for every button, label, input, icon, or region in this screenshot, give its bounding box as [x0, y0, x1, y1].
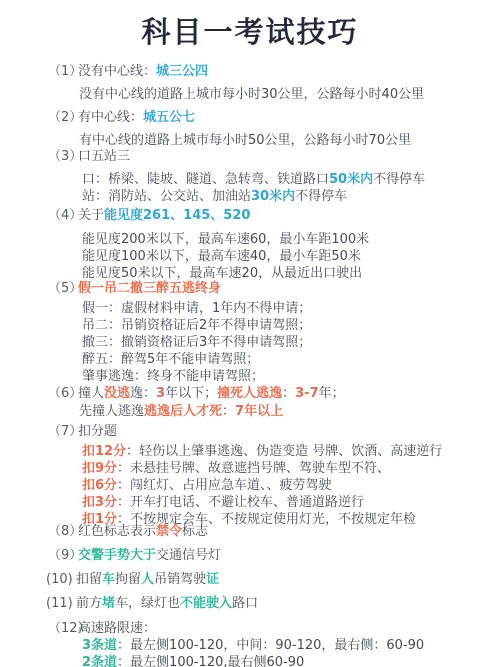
text-segment: 吊销驾驶	[154, 572, 206, 587]
highlight-text: 3-7	[295, 386, 319, 401]
text-segment: 站：消防站、公交站、加油站	[82, 189, 251, 204]
text-segment: 醉五：醉驾5年不能申请驾照；	[82, 352, 259, 367]
tip-detail-line: 2条道：最左侧100-120,最右侧60-90	[82, 655, 304, 667]
tip-detail-line: 扣6分：闯红灯、占用应急车道、、疲劳驾驶	[82, 478, 332, 494]
text-segment: 关于	[78, 208, 104, 223]
text-segment: 能见度100米以下，最高车速40，最小车距50米	[82, 249, 361, 264]
highlight-text: 城五公七	[143, 110, 195, 125]
highlight-text: 堵	[102, 596, 115, 611]
tip-item-8: （8）红色标志表示禁令标志	[48, 524, 208, 540]
tip-item-3: （3）口五站三	[48, 149, 130, 165]
text-segment: 路口	[232, 596, 258, 611]
text-segment: 拘留	[115, 572, 141, 587]
highlight-text: 逃逸后人才死	[144, 404, 222, 419]
tip-item-7: （7）扣分题	[48, 424, 117, 440]
tip-detail-line: 站：消防站、公交站、加油站30米内不得停车	[82, 189, 347, 205]
item-number: (10)	[46, 572, 76, 588]
highlight-text: 扣12分	[82, 444, 126, 459]
highlight-text: 扣6分	[82, 478, 117, 493]
text-segment: 没有中心线：	[78, 64, 156, 79]
item-number: （2）	[48, 110, 78, 126]
text-segment: 车，绿灯也	[115, 596, 180, 611]
tip-item-9: （9）交警手势大于交通信号灯	[48, 548, 221, 564]
item-number: （12）	[48, 621, 78, 637]
text-segment: 能见度200米以下，最高车速60，最小车距100米	[82, 232, 369, 247]
tip-detail-line: 吊二：吊销资格证后2年不得申请驾照；	[82, 318, 311, 334]
highlight-text: 禁令	[156, 524, 182, 539]
text-segment: ：闯红灯、占用应急车道、、疲劳驾驶	[117, 478, 332, 493]
text-segment: ：	[222, 404, 235, 419]
highlight-text: 城三公四	[156, 64, 208, 79]
text-segment: 交通信号灯	[156, 548, 221, 563]
text-segment: 扣留	[76, 572, 102, 587]
text-segment: 有中心线：	[78, 110, 143, 125]
tip-detail-line: 假一：虚假材料申请，1年内不得申请；	[82, 301, 311, 317]
text-segment: 假一：虚假材料申请，1年内不得申请；	[82, 301, 311, 316]
tip-item-12: （12）高速路限速：	[48, 621, 156, 637]
highlight-text: 不能驶入	[180, 596, 232, 611]
item-number: （4）	[48, 208, 78, 224]
text-segment: ：最左侧100-120，中间：90-120，最右侧：60-90	[117, 638, 424, 653]
tip-detail-line: 能见度100米以下，最高车速40，最小车距50米	[82, 249, 361, 265]
text-segment: 先撞人逃逸	[79, 404, 144, 419]
item-number: （8）	[48, 524, 78, 540]
tip-detail-line: 能见度200米以下，最高车速60，最小车距100米	[82, 232, 369, 248]
tip-detail-line: 醉五：醉驾5年不能申请驾照；	[82, 352, 259, 368]
tip-detail-line: 撤三：撤销资格证后3年不得申请驾照；	[82, 335, 311, 351]
text-segment: ：最左侧100-120,最右侧60-90	[117, 655, 304, 667]
tip-item-10: (10)扣留车拘留人吊销驾驶证	[46, 572, 219, 588]
highlight-text: 车	[102, 572, 115, 587]
item-number: （9）	[48, 548, 78, 564]
highlight-text: 50米内	[329, 172, 373, 187]
text-segment: 不得停车	[295, 189, 347, 204]
text-segment: 红色标志表示	[78, 524, 156, 539]
text-segment: 年；	[319, 386, 345, 401]
highlight-text: 3	[156, 386, 165, 401]
tip-detail-line: 能见度50米以下，最高车速20，从最近出口驶出	[82, 266, 362, 282]
item-number: （3）	[48, 149, 78, 165]
tip-item-11: (11)前方堵车，绿灯也不能驶入路口	[46, 596, 258, 612]
text-segment: 口：桥梁、陡坡、隧道、急转弯、铁道路口	[82, 172, 329, 187]
highlight-text: 30米内	[251, 189, 295, 204]
tip-item-5: （5）假一吊二撤三醉五逃终身	[48, 281, 221, 297]
tip-detail-line: 扣9分：未悬挂号牌、故意遮挡号牌、驾驶车型不符、	[82, 461, 390, 477]
text-segment: 高速路限速：	[78, 621, 156, 636]
item-number: （5）	[48, 281, 78, 297]
text-segment: 撞人	[78, 386, 104, 401]
text-segment: ：	[282, 386, 295, 401]
highlight-text: 2条道	[82, 655, 117, 667]
text-segment: ：轻伤以上肇事逃逸、伪造变造 号牌、饮酒、高速逆行	[126, 444, 442, 459]
text-segment: 吊二：吊销资格证后2年不得申请驾照；	[82, 318, 311, 333]
text-segment: 不得停车	[373, 172, 425, 187]
text-segment: 口五站三	[78, 149, 130, 164]
highlight-text: 能见度261、145、520	[104, 208, 250, 223]
text-segment: 肇事逃逸：终身不能申请驾照；	[82, 369, 264, 384]
highlight-text: 没逃	[104, 386, 130, 401]
tip-detail-line: 有中心线的道路上城市每小时50公里，公路每小时70公里	[79, 133, 411, 149]
text-segment: 撤三：撤销资格证后3年不得申请驾照；	[82, 335, 311, 350]
tip-detail-line: 先撞人逃逸逃逸后人才死：7年以上	[79, 404, 283, 420]
text-segment: 能见度50米以下，最高车速20，从最近出口驶出	[82, 266, 362, 281]
page-title: 科目一考试技巧	[0, 10, 500, 51]
tip-detail-line: 扣12分：轻伤以上肇事逃逸、伪造变造 号牌、饮酒、高速逆行	[82, 444, 442, 460]
tip-item-1: （1）没有中心线：城三公四	[48, 64, 208, 80]
text-segment: ：未悬挂号牌、故意遮挡号牌、驾驶车型不符、	[117, 461, 390, 476]
text-segment: ：开车打电话、不避让校车、普通道路逆行	[117, 495, 364, 510]
tip-item-2: （2）有中心线：城五公七	[48, 110, 195, 126]
tip-detail-line: 3条道：最左侧100-120，中间：90-120，最右侧：60-90	[82, 638, 424, 654]
tip-item-6: （6）撞人没逃逸：3年以下；撞死人逃逸：3-7年；	[48, 386, 345, 402]
highlight-text: 交警手势大于	[78, 548, 156, 563]
text-segment: 年以下；	[165, 386, 217, 401]
highlight-text: 证	[206, 572, 219, 587]
item-number: （1）	[48, 64, 78, 80]
highlight-text: 扣3分	[82, 495, 117, 510]
text-segment: 前方	[76, 596, 102, 611]
item-number: （7）	[48, 424, 78, 440]
highlight-text: 撞死人逃逸	[217, 386, 282, 401]
tip-detail-line: 扣3分：开车打电话、不避让校车、普通道路逆行	[82, 495, 364, 511]
text-segment: 有中心线的道路上城市每小时50公里，公路每小时70公里	[79, 133, 411, 148]
text-segment: 没有中心线的道路上城市每小时30公里，公路每小时40公里	[79, 87, 424, 102]
highlight-text: 假一吊二撤三醉五逃终身	[78, 281, 221, 296]
item-number: （6）	[48, 386, 78, 402]
tip-detail-line: 没有中心线的道路上城市每小时30公里，公路每小时40公里	[79, 87, 424, 103]
highlight-text: 扣9分	[82, 461, 117, 476]
highlight-text: 3条道	[82, 638, 117, 653]
tip-item-4: （4）关于能见度261、145、520	[48, 208, 250, 224]
text-segment: 标志	[182, 524, 208, 539]
text-segment: 逸：	[130, 386, 156, 401]
text-segment: 扣分题	[78, 424, 117, 439]
item-number: (11)	[46, 596, 76, 612]
highlight-text: 7年以上	[235, 404, 283, 419]
tip-detail-line: 口：桥梁、陡坡、隧道、急转弯、铁道路口50米内不得停车	[82, 172, 425, 188]
tip-detail-line: 肇事逃逸：终身不能申请驾照；	[82, 369, 264, 385]
highlight-text: 人	[141, 572, 154, 587]
